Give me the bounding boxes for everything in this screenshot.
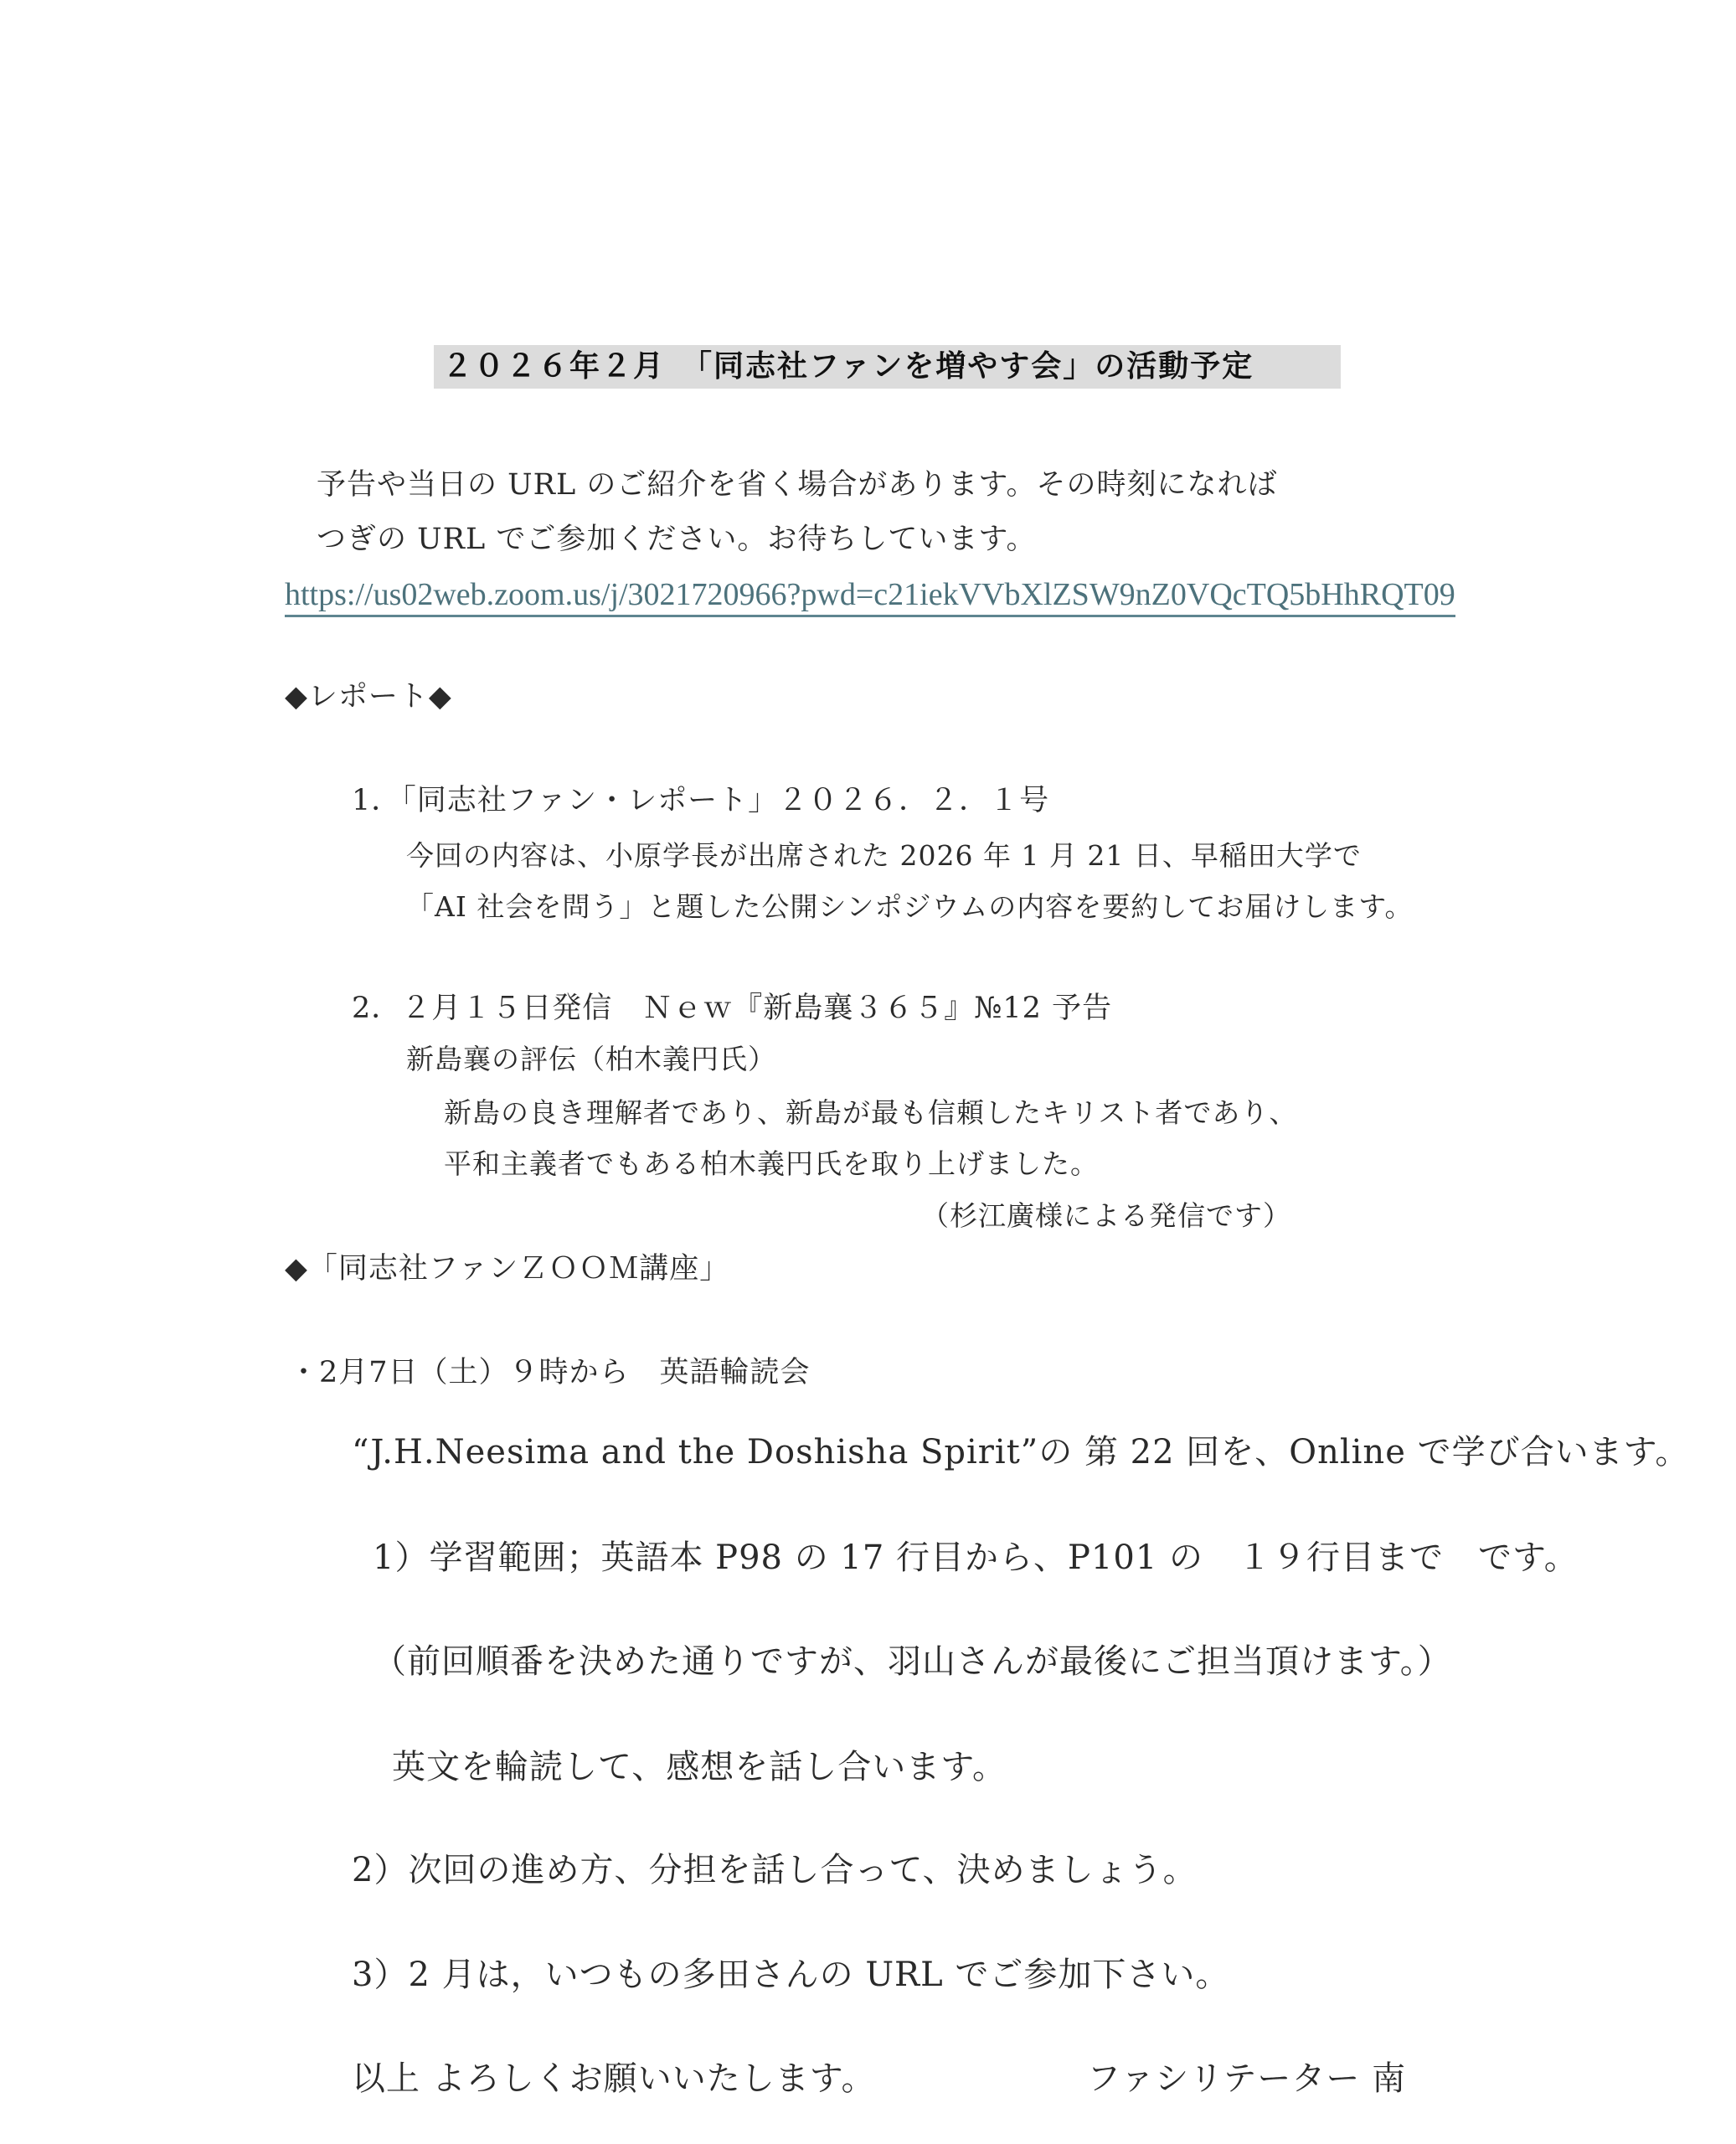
- report-item-1-line-1: 今回の内容は、小原学長が出席された 2026 年 1 月 21 日、早稲田大学で: [406, 842, 1362, 869]
- report-item-2-number: 2．: [352, 992, 401, 1025]
- event-point-3: 3）2 月は，いつもの多田さんの URL でご参加下さい。: [352, 1958, 1229, 1992]
- event-point-note: （前回順番を決めた通りですが、羽山さんが最後にご担当頂けます。）: [373, 1645, 1452, 1678]
- report-item-2-attribution: （杉江廣様による発信です）: [921, 1202, 1291, 1229]
- report-item-1-title: 「同志社ファン・レポート」２０２６．２．１号: [401, 784, 1049, 817]
- event-date-line: ・2月7日（土）９時から 英語輪読会: [289, 1358, 811, 1388]
- report-item-2-headline: 2．２月１５日発信 Ｎｅｗ『新島襄３６５』№12 予告: [352, 994, 1112, 1023]
- report-item-1-number: 1．: [352, 784, 401, 817]
- event-point-1: 1）学習範囲；英語本 P98 の 17 行目から、P101 の １９行目まで で…: [373, 1541, 1579, 1574]
- report-item-1-headline: 1．「同志社ファン・レポート」２０２６．２．１号: [352, 786, 1049, 816]
- closing-text: 以上 よろしくお願いいたします。: [352, 2062, 876, 2095]
- report-item-1-line-2: 「AI 社会を問う」と題した公開シンポジウムの内容を要約してお届けします。: [406, 893, 1414, 920]
- zoom-section-heading: ◆「同志社ファンＺＯＯＭ講座」: [285, 1255, 729, 1284]
- intro-line-2: つぎの URL でご参加ください。お待ちしています。: [317, 525, 1037, 554]
- intro-line-1: 予告や当日の URL のご紹介を省く場合があります。その時刻になれば: [317, 471, 1278, 500]
- zoom-meeting-link[interactable]: https://us02web.zoom.us/j/3021720966?pwd…: [285, 576, 1455, 617]
- facilitator-signature: ファシリテーター 南: [1087, 2062, 1406, 2095]
- report-item-2-title: ２月１５日発信 Ｎｅｗ『新島襄３６５』№12 予告: [401, 992, 1112, 1025]
- event-point-reading: 英文を輪読して、感想を話し合います。: [392, 1750, 1007, 1784]
- report-item-2-line-2: 平和主義者でもある柏木義円氏を取り上げました。: [444, 1150, 1099, 1178]
- report-item-2-subtitle: 新島襄の評伝（柏木義円氏）: [406, 1045, 776, 1073]
- page-title: ２０２６年２月 「同志社ファンを増やす会」の活動予定: [434, 345, 1341, 389]
- event-point-2: 2）次回の進め方、分担を話し合って、決めましょう。: [352, 1853, 1198, 1887]
- report-item-2-line-1: 新島の良き理解者であり、新島が最も信頼したキリスト者であり、: [444, 1099, 1297, 1126]
- report-section-heading: ◆レポート◆: [285, 683, 452, 712]
- event-description: “J.H.Neesima and the Doshisha Spirit”の 第…: [352, 1435, 1689, 1469]
